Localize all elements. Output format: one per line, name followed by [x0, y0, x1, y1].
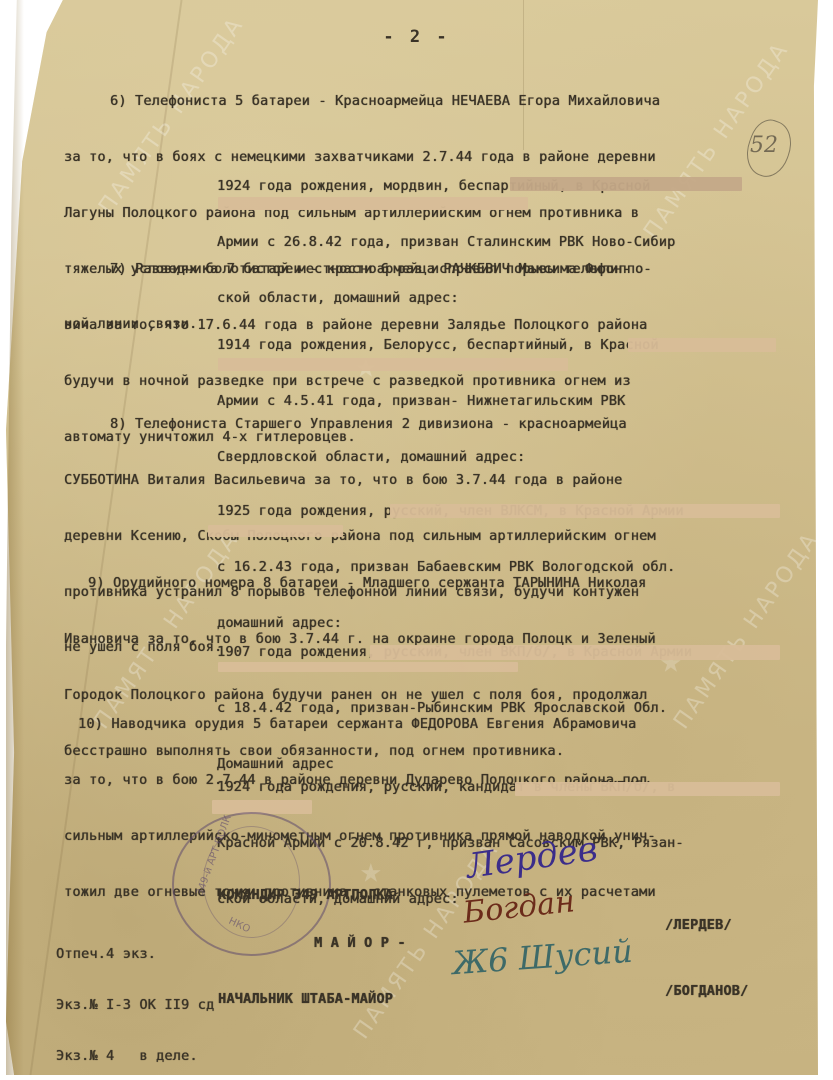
signature-block: КОМАНДИР 349 АРТПОЛКА М А Й О Р - НАЧАЛЬ… [218, 855, 406, 1023]
redacted-address [510, 177, 742, 191]
commander-title: КОМАНДИР 349 АРТПОЛКА [218, 887, 406, 903]
distribution-footer: Отпеч.4 экз. Экз.№ I-3 ОК II9 сд Экз.№ 4… [56, 912, 214, 1080]
chief-title: НАЧАЛЬНИК ШТАБА-МАЙОР [218, 991, 406, 1007]
page-number: - 2 - [0, 27, 833, 47]
chief-name: /БОГДАНОВ/ [665, 980, 748, 1002]
margin-note: 52 [750, 133, 778, 158]
signatory-names: /ЛЕРДЕВ/ /БОГДАНОВ/ [665, 870, 748, 1024]
paper-edge [6, 0, 24, 1075]
redacted-address [515, 782, 780, 796]
redacted-address [218, 358, 568, 371]
redacted-address [218, 662, 518, 672]
commander-name: /ЛЕРДЕВ/ [665, 914, 748, 936]
redacted-address [218, 197, 528, 210]
redacted-address [370, 645, 780, 660]
redacted-address [628, 338, 776, 352]
commander-rank: М А Й О Р - [218, 935, 406, 951]
redacted-address [390, 504, 780, 518]
redacted-address [208, 525, 343, 537]
